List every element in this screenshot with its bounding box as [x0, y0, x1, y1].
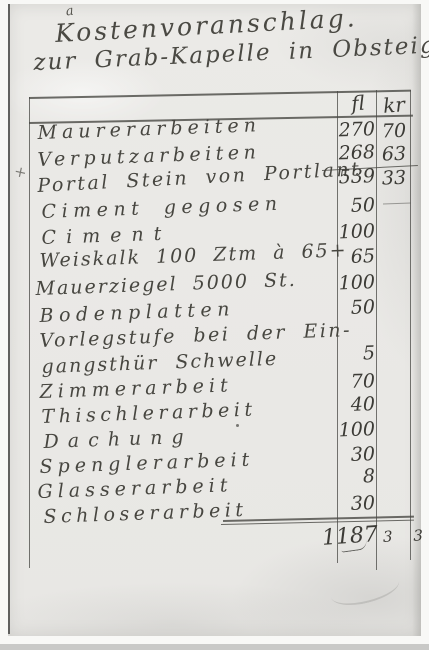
scanned-document: { "page": { "title_flourish": "a", "titl… — [0, 0, 429, 650]
scan-bottom-band — [0, 644, 429, 650]
amount-fl: 70 — [322, 371, 376, 395]
amount-fl: 30 — [322, 444, 376, 468]
amount-fl: 65 — [322, 246, 376, 270]
column-header-kreuzer: kr — [378, 93, 410, 118]
amount-fl: 8 — [322, 466, 376, 490]
paper-edge-shadow-left — [8, 4, 10, 634]
total-kr: 3 3 — [383, 527, 429, 546]
table-border-left — [29, 97, 30, 568]
amount-fl: 50 — [322, 195, 376, 219]
amount-fl: 539 — [322, 166, 376, 190]
amount-fl: 50 — [322, 297, 376, 321]
amount-fl: 30 — [322, 493, 376, 517]
amount-kr: 63 — [382, 144, 411, 167]
amount-fl: 40 — [322, 394, 376, 418]
column-header-gulden: fl — [339, 91, 377, 116]
amount-fl: 100 — [322, 221, 376, 245]
amount-kr: 33 — [382, 168, 411, 191]
amount-fl: 5 — [322, 343, 376, 367]
amount-fl: 268 — [322, 142, 376, 166]
amount-kr: 70 — [382, 121, 411, 144]
amount-fl: 100 — [322, 272, 376, 296]
table-column-divider-fl-kr — [376, 90, 377, 570]
amount-fl: 270 — [322, 119, 376, 143]
ink-dot — [236, 424, 239, 427]
amount-fl: 100 — [322, 419, 376, 443]
